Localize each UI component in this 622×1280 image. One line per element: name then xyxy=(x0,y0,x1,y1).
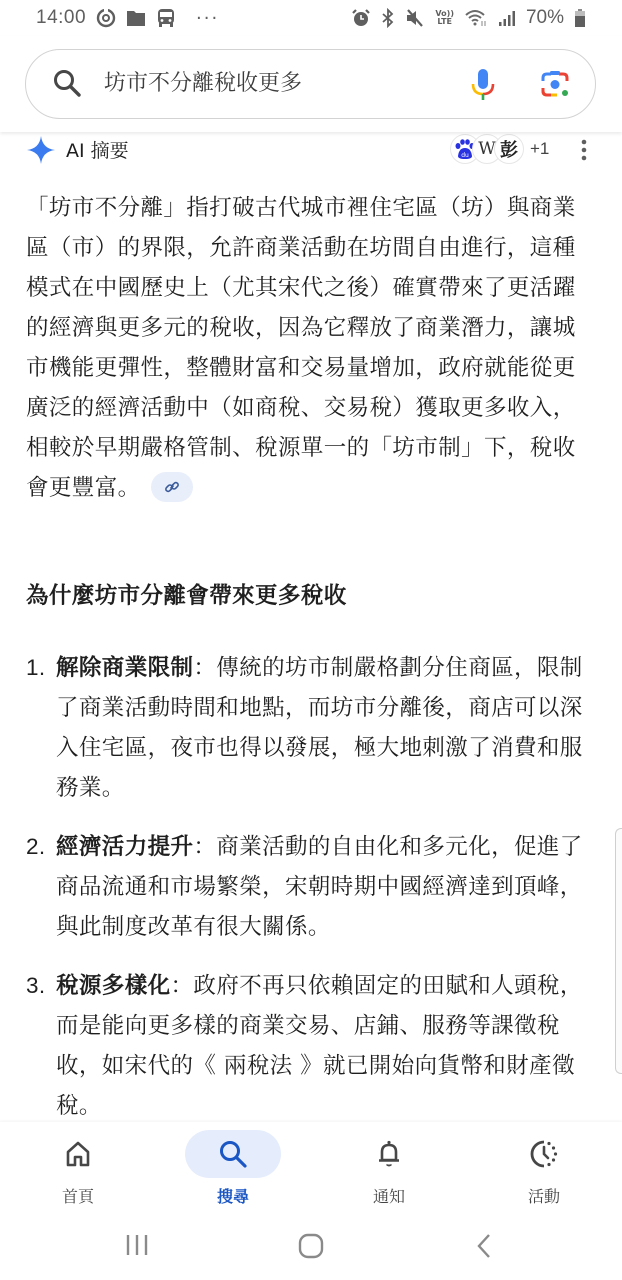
edge-panel-handle[interactable] xyxy=(615,828,622,1074)
bell-icon xyxy=(375,1139,403,1169)
home-icon xyxy=(64,1140,92,1168)
recents-button[interactable] xyxy=(124,1232,150,1262)
sync-icon xyxy=(96,8,116,28)
system-navigation-bar xyxy=(0,1218,622,1280)
more-notifications-icon: ··· xyxy=(196,8,219,29)
home-button[interactable] xyxy=(297,1232,325,1264)
alarm-icon xyxy=(351,8,371,28)
nav-home[interactable]: 首頁 xyxy=(0,1122,156,1218)
lte-label: LTE xyxy=(437,17,452,26)
list-number: 2. xyxy=(26,827,46,867)
ai-summary: 「坊市不分離」指打破古代城市裡住宅區（坊）與商業區（市）的界限，允許商業活動在坊… xyxy=(26,188,590,508)
search-bar[interactable]: 坊市不分離稅收更多 xyxy=(25,49,596,119)
section-heading: 為什麼坊市分離會帶來更多稅收 xyxy=(26,578,347,610)
status-right: Vo))LTE 70% xyxy=(351,7,586,29)
nav-notifications[interactable]: 通知 xyxy=(311,1122,467,1218)
list-item: 2. 經濟活力提升：商業活動的自由化和多元化，促進了商品流通和市場繁榮，宋朝時期… xyxy=(26,827,590,947)
home-circle-icon xyxy=(297,1232,325,1260)
back-icon xyxy=(473,1232,497,1260)
list-item-heading: 經濟活力提升 xyxy=(56,834,193,860)
status-left: 14:00 ··· xyxy=(36,7,219,29)
nav-notifications-label: 通知 xyxy=(311,1184,467,1207)
status-bar: 14:00 ··· Vo))LTE 70% xyxy=(0,0,622,36)
bottom-navigation: 首頁 搜尋 通知 活動 xyxy=(0,1122,622,1218)
ai-sparkle-icon xyxy=(26,135,56,169)
signal-icon xyxy=(498,9,516,27)
list-item: 3. 稅源多樣化：政府不再只依賴固定的田賦和人頭稅，而是能向更多樣的商業交易、店… xyxy=(26,966,590,1126)
list-item: 1. 解除商業限制：傳統的坊市制嚴格劃分住商區，限制了商業活動時間和地點，而坊市… xyxy=(26,648,590,808)
search-input[interactable]: 坊市不分離稅收更多 xyxy=(104,50,444,117)
nav-home-pill[interactable] xyxy=(30,1130,126,1178)
nav-search-pill[interactable] xyxy=(185,1130,281,1178)
nav-home-label: 首頁 xyxy=(0,1184,156,1207)
source-favicon-icon[interactable]: 彭 xyxy=(494,134,524,164)
list-item-heading: 解除商業限制 xyxy=(56,655,193,681)
recents-icon xyxy=(124,1232,150,1258)
more-options-icon[interactable] xyxy=(574,136,594,164)
mic-icon[interactable] xyxy=(470,68,496,106)
nav-activity[interactable]: 活動 xyxy=(466,1122,622,1218)
folder-icon xyxy=(126,9,146,27)
activity-icon xyxy=(529,1139,559,1169)
citation-link-button[interactable] xyxy=(151,472,193,502)
link-icon xyxy=(164,479,180,495)
more-sources-count[interactable]: +1 xyxy=(530,139,549,159)
nav-search-label: 搜尋 xyxy=(155,1184,311,1207)
status-time: 14:00 xyxy=(36,7,86,29)
lens-icon[interactable] xyxy=(540,70,572,104)
list-number: 1. xyxy=(26,648,46,688)
search-icon xyxy=(218,1139,248,1169)
search-header: 坊市不分離稅收更多 xyxy=(0,36,622,132)
list-item-heading: 稅源多樣化 xyxy=(56,973,171,999)
search-icon[interactable] xyxy=(52,68,82,102)
nav-activity-pill[interactable] xyxy=(496,1130,592,1178)
bluetooth-icon xyxy=(381,8,395,28)
bus-icon xyxy=(156,8,176,28)
nav-search[interactable]: 搜尋 xyxy=(155,1122,311,1218)
svg-text:du: du xyxy=(461,152,469,159)
reasons-list: 1. 解除商業限制：傳統的坊市制嚴格劃分住商區，限制了商業活動時間和地點，而坊市… xyxy=(26,648,590,1145)
ai-overview-title: AI 摘要 xyxy=(66,136,129,163)
back-button[interactable] xyxy=(473,1232,497,1264)
ai-overview-header: AI 摘要 du W 彭 +1 xyxy=(0,132,622,168)
mute-icon xyxy=(405,8,425,28)
summary-paragraph: 「坊市不分離」指打破古代城市裡住宅區（坊）與商業區（市）的界限，允許商業活動在坊… xyxy=(26,188,590,508)
battery-icon xyxy=(574,8,586,28)
volte-icon: Vo))LTE xyxy=(435,10,454,26)
source-favicons[interactable]: du W 彭 +1 xyxy=(450,134,549,164)
battery-percent: 70% xyxy=(526,7,564,29)
summary-text: 「坊市不分離」指打破古代城市裡住宅區（坊）與商業區（市）的界限，允許商業活動在坊… xyxy=(26,195,576,501)
nav-notifications-pill[interactable] xyxy=(341,1130,437,1178)
wifi-icon xyxy=(464,8,488,28)
list-number: 3. xyxy=(26,966,46,1006)
nav-activity-label: 活動 xyxy=(466,1184,622,1207)
